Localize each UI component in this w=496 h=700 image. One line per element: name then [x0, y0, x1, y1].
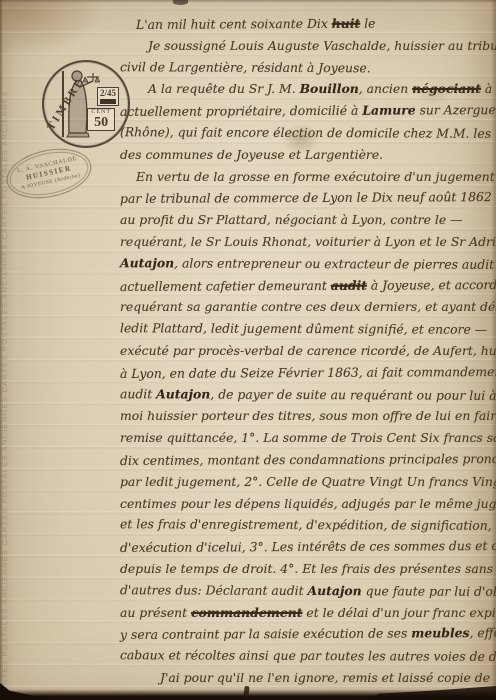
manuscript-line: (Rhône), qui fait encore élection de dom… — [120, 121, 492, 144]
manuscript-line: Autajon, alors entrepreneur ou extracteu… — [120, 252, 492, 275]
manuscript-line: exécuté par procès-verbal de carence ric… — [120, 340, 492, 362]
manuscript-line: actuellement cafetier demeurant audit à … — [120, 274, 492, 298]
manuscript-line: Je soussigné Louis Auguste Vaschalde, hu… — [120, 35, 492, 57]
manuscript-line: y sera contraint par la saisie exécution… — [120, 622, 492, 646]
manuscript-line: au présent commandement et le délai d'un… — [120, 602, 492, 624]
manuscript-line: J'ai pour qu'il ne l'en ignore, remis et… — [120, 667, 492, 689]
manuscript-line: et les frais d'enregistrement, d'expédit… — [120, 514, 492, 537]
manuscript-line: centimes pour les dépens liquidés, adjug… — [120, 493, 492, 515]
revenue-stamp-rate-box: 2/45 — [97, 87, 119, 106]
manuscript-text: L'an mil huit cent soixante Dix huit leJ… — [120, 13, 492, 689]
paper-stain-top — [173, 0, 188, 5]
manuscript-line: audit Autajon, de payer de suite au requ… — [120, 383, 492, 406]
manuscript-line: d'exécution d'icelui, 3°. Les intérêts d… — [120, 535, 492, 559]
manuscript-line: des communes de Joyeuse et Largentière. — [120, 144, 492, 166]
huissier-oval-stamp: L. A. VASCHALDE HUISSIER A JOYEUSE (Ardè… — [2, 142, 96, 206]
manuscript-line: requérant, le Sr Louis Rhonat, voiturier… — [120, 231, 492, 253]
manuscript-line: par le tribunal de commerce de Lyon le D… — [120, 186, 492, 210]
scan-edge-left — [0, 0, 3, 700]
manuscript-line: actuellement propriétaire, domicilié à L… — [120, 99, 492, 123]
scan-edge-top — [0, 0, 496, 3]
manuscript-line: dix centimes, montant des condamnations … — [120, 448, 492, 472]
manuscript-line: ledit Plattard, ledit jugement dûment si… — [120, 317, 492, 340]
revenue-stamp-amount: 50 — [91, 116, 111, 129]
revenue-stamp-rate-smudge — [100, 99, 116, 104]
manuscript-line: L'an mil huit cent soixante Dix huit le — [120, 12, 492, 36]
manuscript-line: au profit du Sr Plattard, négociant à Ly… — [120, 209, 492, 231]
manuscript-line: remise quittancée, 1°. La somme de Trois… — [120, 427, 492, 449]
revenue-stamp-value-box: CENT 50 — [87, 108, 115, 131]
revenue-stamp-rate: 2/45 — [100, 88, 116, 98]
manuscript-line: moi huissier porteur des titres, sous mo… — [120, 405, 492, 427]
revenue-stamp: TIMBRE 2/45 CENT 50 — [42, 60, 130, 148]
manuscript-line: depuis le temps de droit. 4°. Et les fra… — [120, 558, 492, 580]
manuscript-line: par ledit jugement, 2°. Celle de Quatre … — [120, 471, 492, 493]
document-page: CARTES POSTALES ANCIENNES CARTES POSTALE… — [0, 0, 496, 700]
scan-edge-right — [491, 0, 496, 700]
manuscript-line: En vertu de la grosse en forme exécutoir… — [120, 166, 492, 188]
manuscript-line: civil de Largentière, résidant à Joyeuse… — [120, 56, 492, 79]
manuscript-line: cabaux et récoltes ainsi que par toutes … — [120, 644, 492, 667]
manuscript-line: A la requête du Sr J. M. Bouillon, ancie… — [120, 78, 492, 100]
manuscript-line: d'autres dus: Déclarant audit Autajon qu… — [120, 579, 492, 602]
manuscript-line: à Lyon, en date du Seize Février 1863, a… — [120, 361, 492, 385]
manuscript-line: requérant sa garantie contre ces deux de… — [120, 296, 492, 318]
